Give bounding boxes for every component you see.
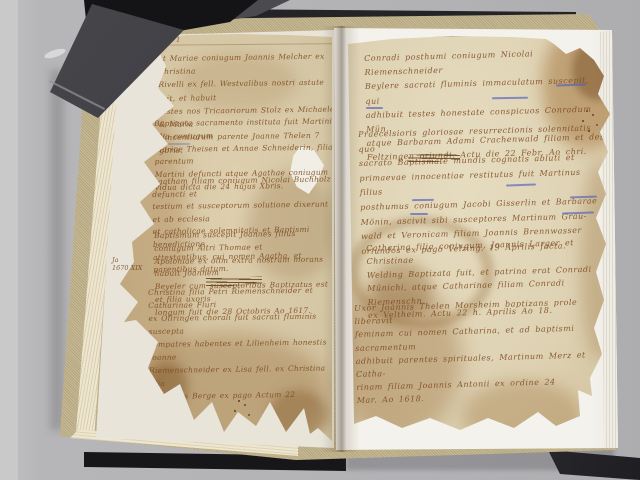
backdrop-light-strip bbox=[0, 0, 18, 480]
margin-year-note: Ja 1670 XIX bbox=[112, 256, 142, 272]
ruled-top-line bbox=[146, 43, 332, 46]
blue-pencil-margin-dash bbox=[366, 107, 383, 109]
right-manuscript-leaf: Conradi posthumi coniugum Nicolai Riemen… bbox=[342, 30, 614, 440]
blue-pencil-underline bbox=[410, 213, 428, 215]
gutter-shadow bbox=[322, 26, 360, 452]
blue-pencil-underline bbox=[412, 199, 434, 201]
blue-pencil-underline bbox=[168, 143, 190, 145]
manuscript-paragraph: Uxor Joannis Thelen Morsheim baptizans p… bbox=[354, 295, 609, 408]
backdrop-scratch bbox=[43, 47, 66, 60]
book-edge-shadow bbox=[50, 70, 64, 430]
manuscript-photo: 1 et Mariae coniugum Joannis Melcher ex … bbox=[0, 0, 640, 480]
